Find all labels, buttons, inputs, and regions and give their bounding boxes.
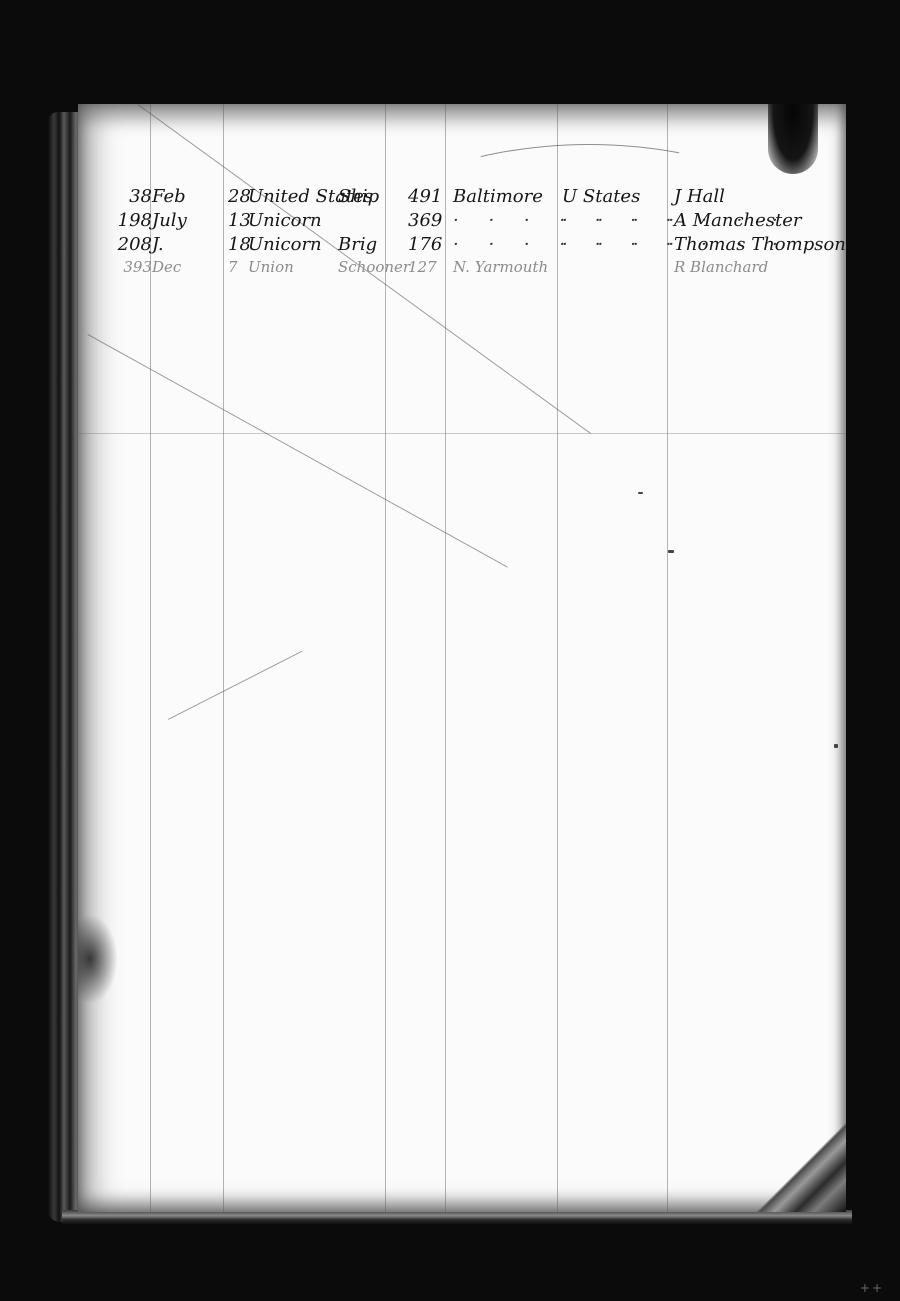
vessel-name: Unicorn <box>230 210 322 231</box>
entry-month: J. <box>152 234 164 255</box>
ink-speck <box>834 744 838 748</box>
entry-month: Feb <box>152 186 186 207</box>
entry-number: 198 <box>114 210 152 231</box>
vessel-tons: 127 <box>408 258 437 276</box>
folded-corner <box>756 1122 846 1212</box>
entry-month: July <box>152 210 187 231</box>
ink-speck <box>638 492 643 494</box>
destination-ditto: · · · · <box>562 234 686 255</box>
vessel-rig: Ship <box>338 186 379 207</box>
home-port: N. Yarmouth <box>453 258 548 276</box>
master-name: A Manchester <box>674 210 802 231</box>
ledger-row: 208 J. 18 Unicorn Brig 176 · · · · · · ·… <box>78 234 846 256</box>
ledger-row: 38 Feb 28 United States Ship 491 Baltimo… <box>78 186 846 208</box>
entry-number: 393 <box>114 258 152 276</box>
row-rule <box>78 433 846 434</box>
destination: U States <box>562 186 640 207</box>
entry-month: Dec <box>152 258 181 276</box>
vessel-name: Unicorn <box>230 234 322 255</box>
ink-speck <box>668 550 674 553</box>
entry-number: 38 <box>114 186 152 207</box>
page-bottom-edge <box>62 1210 852 1224</box>
ledger-page: 38 Feb 28 United States Ship 491 Baltimo… <box>78 104 846 1212</box>
scan-corner-marks: ++ <box>860 1281 884 1295</box>
vessel-tons: 176 <box>408 234 442 255</box>
ink-stain <box>768 104 818 174</box>
ledger-row: 198 July 13 Unicorn 369 · · · · · · · · … <box>78 210 846 232</box>
home-port: Baltimore <box>453 186 543 207</box>
vessel-name: Union <box>230 258 294 276</box>
vessel-rig: Schooner <box>338 258 410 276</box>
pencil-stroke <box>168 651 302 720</box>
entry-number: 208 <box>114 234 152 255</box>
destination-ditto: · · · · <box>562 210 686 231</box>
master-name: J Hall <box>674 186 725 207</box>
vessel-tons: 491 <box>408 186 442 207</box>
vessel-tons: 369 <box>408 210 442 231</box>
master-name: Thomas Thompson <box>674 234 846 255</box>
master-name: R Blanchard <box>674 258 768 276</box>
ledger-row: 393 Dec 7 Union Schooner 127 N. Yarmouth… <box>78 258 846 280</box>
water-stain <box>78 914 118 1004</box>
vessel-rig: Brig <box>338 234 377 255</box>
